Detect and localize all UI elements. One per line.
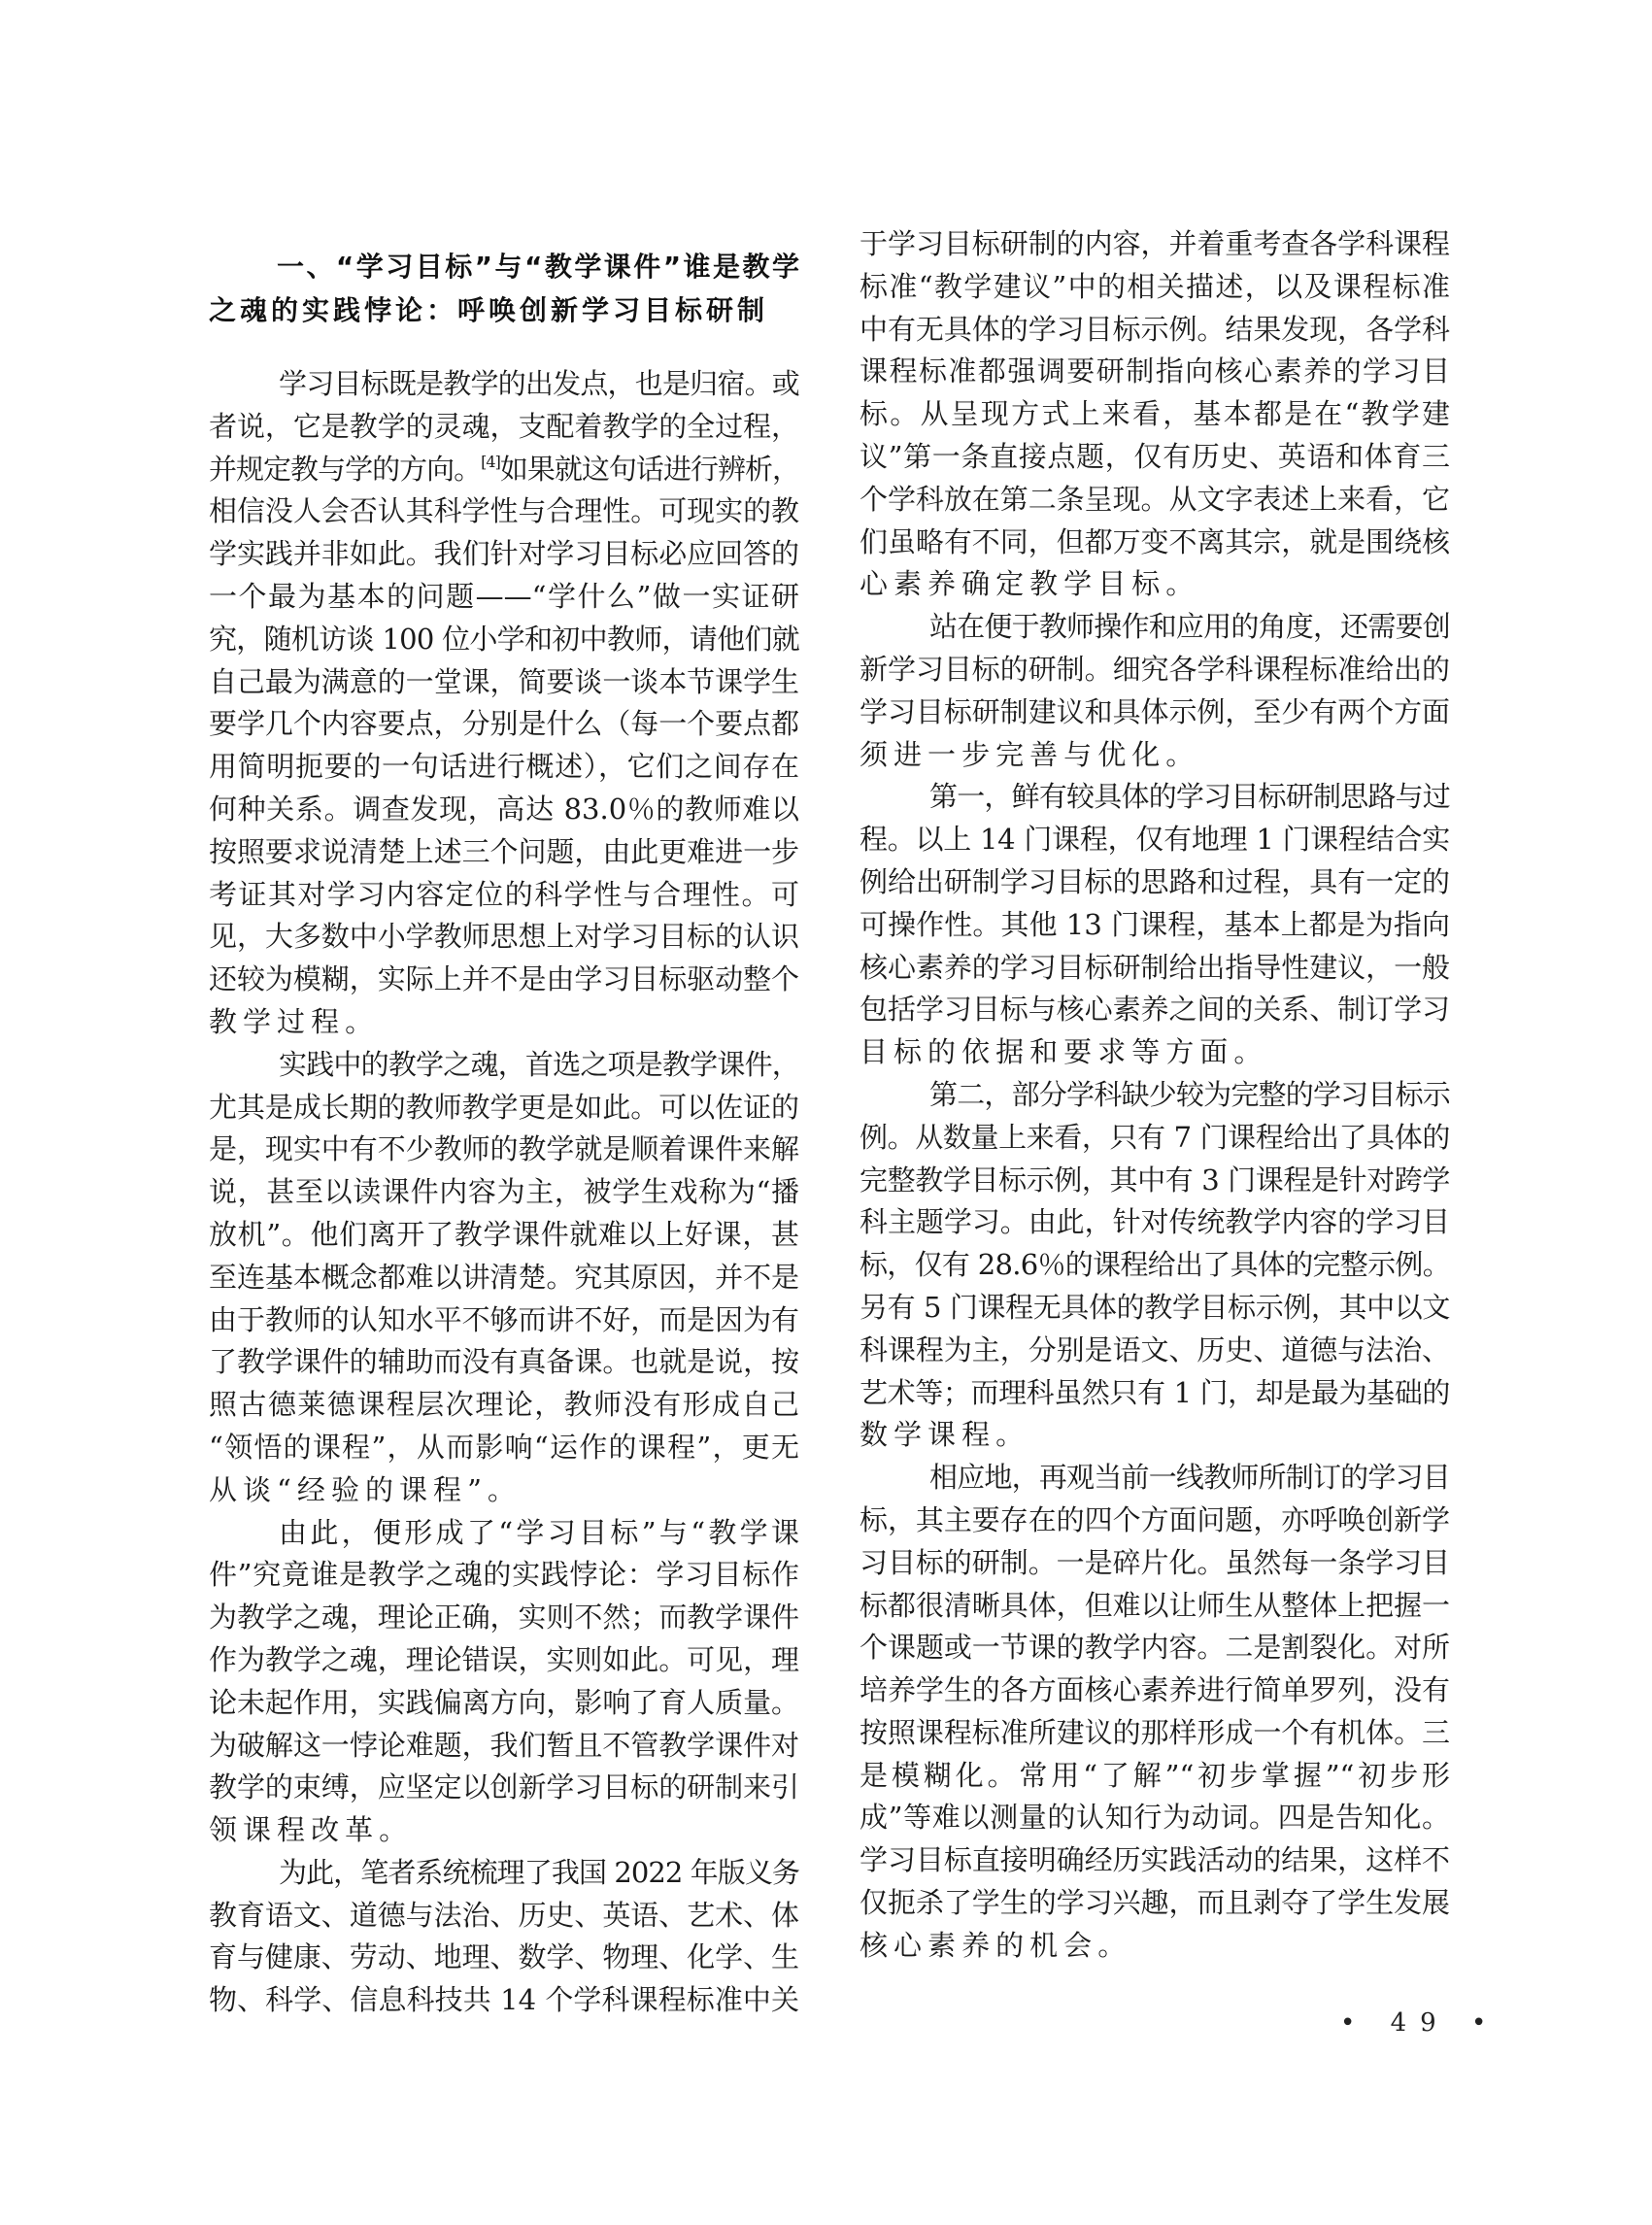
text-line-content: 第二，部分学科缺少较为完整的学习目标示 — [929, 1078, 1450, 1111]
text-line: 用简明扼要的一句话进行概述），它们之间存在 — [209, 746, 799, 789]
text-line-content: 个课题或一节课的教学内容。二是割裂化。对所 — [860, 1631, 1450, 1664]
text-line-content: 领课程改革。 — [209, 1813, 413, 1846]
text-line-content: 第一，鲜有较具体的学习目标研制思路与过 — [929, 780, 1450, 813]
text-line: 站在便于教师操作和应用的角度，还需要创 — [860, 606, 1450, 649]
text-line: 相应地，再观当前一线教师所制订的学习目 — [860, 1457, 1450, 1500]
text-line-content: 究，随机访谈 100 位小学和初中教师，请他们就 — [209, 623, 799, 656]
section-heading-line-2: 之魂的实践悖论：呼唤创新学习目标研制 — [209, 288, 799, 332]
text-line-content: 成”等难以测量的认知行为动词。四是告知化。 — [860, 1801, 1450, 1834]
text-line-content: 照古德莱德课程层次理论，教师没有形成自己 — [209, 1388, 799, 1421]
text-line-content: 考证其对学习内容定位的科学性与合理性。可 — [209, 878, 799, 911]
text-line-content: 教育语文、道德与法治、历史、英语、艺术、体 — [209, 1899, 799, 1932]
text-line: 须进一步完善与优化。 — [860, 734, 1450, 777]
text-line-content: 学习目标既是教学的出发点，也是归宿。或 — [279, 367, 799, 400]
text-line-content: 程。以上 14 门课程，仅有地理 1 门课程结合实 — [860, 823, 1450, 856]
text-line: 学习目标直接明确经历实践活动的结果，这样不 — [860, 1839, 1450, 1882]
text-line-content: 教学过程。 — [209, 1005, 379, 1038]
text-line-content: 另有 5 门课程无具体的教学目标示例，其中以文 — [860, 1291, 1450, 1324]
text-line-content: 为教学之魂，理论正确，实则不然；而教学课件 — [209, 1601, 799, 1634]
text-line: 要学几个内容要点，分别是什么（每一个要点都 — [209, 703, 799, 746]
text-line: 并规定教与学的方向。[4]如果就这句话进行辨析， — [209, 449, 799, 491]
text-line-content: 学习目标直接明确经历实践活动的结果，这样不 — [860, 1843, 1450, 1876]
text-line-content: 艺术等；而理科虽然只有 1 门，却是最为基础的 — [860, 1376, 1450, 1409]
text-line: 科课程为主，分别是语文、历史、道德与法治、 — [860, 1330, 1450, 1372]
text-line: 们虽略有不同，但都万变不离其宗，就是围绕核 — [860, 522, 1450, 564]
text-line-content: 由此，便形成了“学习目标”与“教学课 — [279, 1516, 799, 1549]
text-line-content: 科课程为主，分别是语文、历史、道德与法治、 — [860, 1333, 1450, 1366]
text-line: “领悟的课程”，从而影响“运作的课程”，更无 — [209, 1427, 799, 1469]
text-line: 学习目标既是教学的出发点，也是归宿。或 — [209, 363, 799, 406]
text-line: 何种关系。调查发现，高达 83.0％的教师难以 — [209, 789, 799, 831]
text-line-content: 完整教学目标示例，其中有 3 门课程是针对跨学 — [860, 1163, 1450, 1197]
section-heading-line-1: 一、“学习目标”与“教学课件”谁是教学 — [209, 245, 799, 288]
text-line-content: 还较为模糊，实际上并不是由学习目标驱动整个 — [209, 962, 799, 995]
text-line-content: 须进一步完善与优化。 — [860, 738, 1199, 771]
text-line-content: 用简明扼要的一句话进行概述），它们之间存在 — [209, 750, 799, 783]
text-line-content: 为破解这一悖论难题，我们暂且不管教学课件对 — [209, 1729, 799, 1762]
text-line: 自己最为满意的一堂课，简要谈一谈本节课学生 — [209, 661, 799, 704]
text-line-content: 例给出研制学习目标的思路和过程，具有一定的 — [860, 865, 1450, 898]
text-line: 领课程改革。 — [209, 1809, 799, 1852]
text-line-content: 相应地，再观当前一线教师所制订的学习目 — [929, 1461, 1450, 1494]
text-line-content: 新学习目标的研制。细究各学科课程标准给出的 — [860, 653, 1450, 686]
text-line: 艺术等；而理科虽然只有 1 门，却是最为基础的 — [860, 1372, 1450, 1415]
text-line: 个学科放在第二条呈现。从文字表述上来看，它 — [860, 479, 1450, 522]
text-line: 作为教学之魂，理论错误，实则如此。可见，理 — [209, 1639, 799, 1682]
text-line: 见，大多数中小学教师思想上对学习目标的认识 — [209, 916, 799, 959]
text-line-content: 论未起作用，实践偏离方向，影响了育人质量。 — [209, 1686, 799, 1719]
text-line-content: 要学几个内容要点，分别是什么（每一个要点都 — [209, 707, 799, 740]
text-line: 核心素养的机会。 — [860, 1925, 1450, 1968]
text-line: 由于教师的认知水平不够而讲不好，而是因为有 — [209, 1299, 799, 1342]
text-line: 实践中的教学之魂，首选之项是教学课件， — [209, 1044, 799, 1087]
text-line: 例。从数量上来看，只有 7 门课程给出了具体的 — [860, 1117, 1450, 1160]
section-heading: 一、“学习目标”与“教学课件”谁是教学 之魂的实践悖论：呼唤创新学习目标研制 — [209, 245, 799, 332]
text-line-content: 培养学生的各方面核心素养进行简单罗列，没有 — [860, 1673, 1450, 1706]
text-line: 完整教学目标示例，其中有 3 门课程是针对跨学 — [860, 1160, 1450, 1202]
text-line: 相信没人会否认其科学性与合理性。可现实的教 — [209, 490, 799, 533]
text-line: 至连基本概念都难以讲清楚。究其原因，并不是 — [209, 1257, 799, 1299]
text-line: 标，仅有 28.6％的课程给出了具体的完整示例。 — [860, 1244, 1450, 1287]
text-line-content: 放机”。他们离开了教学课件就难以上好课，甚 — [209, 1218, 799, 1251]
text-line-content: 数学课程。 — [860, 1418, 1029, 1451]
text-line-content: 何种关系。调查发现，高达 83.0％的教师难以 — [209, 792, 799, 826]
text-line-content: 核心素养的机会。 — [860, 1929, 1131, 1962]
text-line: 议”第一条直接点题，仅有历史、英语和体育三 — [860, 436, 1450, 479]
text-line-content: 由于教师的认知水平不够而讲不好，而是因为有 — [209, 1303, 799, 1336]
text-line: 课程标准都强调要研制指向核心素养的学习目 — [860, 351, 1450, 393]
text-line: 个课题或一节课的教学内容。二是割裂化。对所 — [860, 1627, 1450, 1669]
text-line-content: 是模糊化。常用“了解”“初步掌握”“初步形 — [860, 1759, 1450, 1792]
text-line-content: 相信没人会否认其科学性与合理性。可现实的教 — [209, 494, 799, 527]
text-line-content: 作为教学之魂，理论错误，实则如此。可见，理 — [209, 1643, 799, 1676]
text-line-content: 自己最为满意的一堂课，简要谈一谈本节课学生 — [209, 665, 799, 698]
text-line: 说，甚至以读课件内容为主，被学生戏称为“播 — [209, 1171, 799, 1214]
text-line-content: 并规定教与学的方向。 — [209, 453, 481, 486]
text-line: 可操作性。其他 13 门课程，基本上都是为指向 — [860, 904, 1450, 947]
text-line-content: 说，甚至以读课件内容为主，被学生戏称为“播 — [209, 1175, 799, 1208]
text-line-content: 个学科放在第二条呈现。从文字表述上来看，它 — [860, 483, 1450, 516]
text-line: 核心素养的学习目标研制给出指导性建议，一般 — [860, 947, 1450, 990]
text-line: 成”等难以测量的认知行为动词。四是告知化。 — [860, 1797, 1450, 1839]
text-line: 是，现实中有不少教师的教学就是顺着课件来解 — [209, 1129, 799, 1171]
text-line-content: 们虽略有不同，但都万变不离其宗，就是围绕核 — [860, 525, 1450, 558]
text-line: 考证其对学习内容定位的科学性与合理性。可 — [209, 874, 799, 917]
text-line: 程。以上 14 门课程，仅有地理 1 门课程结合实 — [860, 819, 1450, 861]
text-line: 教育语文、道德与法治、历史、英语、艺术、体 — [209, 1895, 799, 1938]
text-line: 育与健康、劳动、地理、数学、物理、化学、生 — [209, 1937, 799, 1979]
right-column: 于学习目标研制的内容，并着重考查各学科课程标准“教学建议”中的相关描述，以及课程… — [860, 223, 1450, 1968]
text-line: 于学习目标研制的内容，并着重考查各学科课程 — [860, 223, 1450, 266]
citation-reference: [4] — [481, 453, 500, 471]
text-line: 按照课程标准所建议的那样形成一个有机体。三 — [860, 1712, 1450, 1755]
text-line: 另有 5 门课程无具体的教学目标示例，其中以文 — [860, 1287, 1450, 1330]
left-column-body: 学习目标既是教学的出发点，也是归宿。或者说，它是教学的灵魂，支配着教学的全过程，… — [209, 363, 799, 2022]
text-line-content: 于学习目标研制的内容，并着重考查各学科课程 — [860, 227, 1450, 260]
text-line-content: 议”第一条直接点题，仅有历史、英语和体育三 — [860, 440, 1450, 473]
text-line-content: 标，其主要存在的四个方面问题，亦呼唤创新学 — [860, 1503, 1450, 1536]
text-line-continuation: 如果就这句话进行辨析， — [500, 453, 799, 486]
text-line: 培养学生的各方面核心素养进行简单罗列，没有 — [860, 1669, 1450, 1712]
text-line: 学实践并非如此。我们针对学习目标必应回答的 — [209, 533, 799, 576]
text-line-content: 标。从呈现方式上来看，基本都是在“教学建 — [860, 397, 1450, 430]
text-line: 新学习目标的研制。细究各学科课程标准给出的 — [860, 649, 1450, 691]
text-line: 物、科学、信息科技共 14 个学科课程标准中关 — [209, 1979, 799, 2022]
text-line: 者说，它是教学的灵魂，支配着教学的全过程， — [209, 406, 799, 449]
text-line: 尤其是成长期的教师教学更是如此。可以佐证的 — [209, 1087, 799, 1129]
text-line-content: 了教学课件的辅助而没有真备课。也就是说，按 — [209, 1345, 799, 1378]
text-line-content: 教学的束缚，应坚定以创新学习目标的研制来引 — [209, 1770, 799, 1804]
text-line-content: 习目标的研制。一是碎片化。虽然每一条学习目 — [860, 1546, 1450, 1579]
text-line-content: 实践中的教学之魂，首选之项是教学课件， — [279, 1048, 799, 1081]
text-line-content: 例。从数量上来看，只有 7 门课程给出了具体的 — [860, 1121, 1450, 1154]
text-line-content: 者说，它是教学的灵魂，支配着教学的全过程， — [209, 410, 799, 443]
text-line: 由此，便形成了“学习目标”与“教学课 — [209, 1512, 799, 1555]
text-line: 中有无具体的学习目标示例。结果发现，各学科 — [860, 309, 1450, 352]
text-line-content: 为此，笔者系统梳理了我国 2022 年版义务 — [279, 1856, 799, 1889]
text-line: 究，随机访谈 100 位小学和初中教师，请他们就 — [209, 619, 799, 661]
text-line: 心素养确定教学目标。 — [860, 563, 1450, 606]
text-line: 放机”。他们离开了教学课件就难以上好课，甚 — [209, 1214, 799, 1257]
text-line: 仅扼杀了学生的学习兴趣，而且剥夺了学生发展 — [860, 1882, 1450, 1925]
text-line-content: 是，现实中有不少教师的教学就是顺着课件来解 — [209, 1132, 799, 1165]
text-line: 教学的束缚，应坚定以创新学习目标的研制来引 — [209, 1767, 799, 1809]
text-line-content: 按照课程标准所建议的那样形成一个有机体。三 — [860, 1716, 1450, 1749]
text-line: 标准“教学建议”中的相关描述，以及课程标准 — [860, 266, 1450, 309]
text-line: 了教学课件的辅助而没有真备课。也就是说，按 — [209, 1341, 799, 1384]
text-line: 按照要求说清楚上述三个问题，由此更难进一步 — [209, 831, 799, 874]
text-line: 标。从呈现方式上来看，基本都是在“教学建 — [860, 393, 1450, 436]
text-line-content: 一个最为基本的问题——“学什么”做一实证研 — [209, 580, 799, 613]
text-line: 为破解这一悖论难题，我们暂且不管教学课件对 — [209, 1725, 799, 1768]
text-line-content: 仅扼杀了学生的学习兴趣，而且剥夺了学生发展 — [860, 1886, 1450, 1919]
text-line-content: 标，仅有 28.6％的课程给出了具体的完整示例。 — [860, 1248, 1450, 1281]
text-line: 第二，部分学科缺少较为完整的学习目标示 — [860, 1074, 1450, 1117]
text-line-content: “领悟的课程”，从而影响“运作的课程”，更无 — [209, 1431, 799, 1464]
text-line: 例给出研制学习目标的思路和过程，具有一定的 — [860, 861, 1450, 904]
text-line: 目标的依据和要求等方面。 — [860, 1031, 1450, 1074]
text-line-content: 包括学习目标与核心素养之间的关系、制订学习 — [860, 993, 1450, 1026]
text-line: 为此，笔者系统梳理了我国 2022 年版义务 — [209, 1852, 799, 1895]
text-line-content: 科主题学习。由此，针对传统教学内容的学习目 — [860, 1205, 1450, 1238]
text-line-content: 按照要求说清楚上述三个问题，由此更难进一步 — [209, 835, 799, 868]
text-line: 学习目标研制建议和具体示例，至少有两个方面 — [860, 691, 1450, 734]
text-line-content: 心素养确定教学目标。 — [860, 567, 1199, 600]
text-line-content: 课程标准都强调要研制指向核心素养的学习目 — [860, 354, 1450, 388]
text-line-content: 育与健康、劳动、地理、数学、物理、化学、生 — [209, 1940, 799, 1973]
text-line: 习目标的研制。一是碎片化。虽然每一条学习目 — [860, 1542, 1450, 1585]
text-line-content: 目标的依据和要求等方面。 — [860, 1035, 1267, 1068]
text-line-content: 学习目标研制建议和具体示例，至少有两个方面 — [860, 695, 1450, 728]
text-line: 为教学之魂，理论正确，实则不然；而教学课件 — [209, 1597, 799, 1639]
text-line: 照古德莱德课程层次理论，教师没有形成自己 — [209, 1384, 799, 1427]
text-line: 科主题学习。由此，针对传统教学内容的学习目 — [860, 1201, 1450, 1244]
text-line: 包括学习目标与核心素养之间的关系、制订学习 — [860, 989, 1450, 1031]
text-line: 是模糊化。常用“了解”“初步掌握”“初步形 — [860, 1755, 1450, 1798]
text-line: 教学过程。 — [209, 1001, 799, 1044]
text-line: 数学课程。 — [860, 1414, 1450, 1457]
text-line-content: 标准“教学建议”中的相关描述，以及课程标准 — [860, 270, 1450, 303]
text-line-content: 可操作性。其他 13 门课程，基本上都是为指向 — [860, 908, 1450, 941]
text-line-content: 尤其是成长期的教师教学更是如此。可以佐证的 — [209, 1091, 799, 1124]
left-column: 一、“学习目标”与“教学课件”谁是教学 之魂的实践悖论：呼唤创新学习目标研制 学… — [209, 245, 799, 2022]
text-line: 第一，鲜有较具体的学习目标研制思路与过 — [860, 776, 1450, 819]
text-line: 论未起作用，实践偏离方向，影响了育人质量。 — [209, 1682, 799, 1725]
text-line: 件”究竟谁是教学之魂的实践悖论：学习目标作 — [209, 1554, 799, 1597]
text-line-content: 学实践并非如此。我们针对学习目标必应回答的 — [209, 537, 799, 570]
text-line-content: 从谈“经验的课程”。 — [209, 1473, 522, 1506]
text-line: 还较为模糊，实际上并不是由学习目标驱动整个 — [209, 959, 799, 1001]
text-line-content: 核心素养的学习目标研制给出指导性建议，一般 — [860, 951, 1450, 984]
heading-spacer — [209, 332, 799, 363]
text-line-content: 至连基本概念都难以讲清楚。究其原因，并不是 — [209, 1261, 799, 1294]
text-line-content: 物、科学、信息科技共 14 个学科课程标准中关 — [209, 1983, 799, 2016]
text-line-content: 标都很清晰具体，但难以让师生从整体上把握一 — [860, 1589, 1450, 1622]
text-line: 标都很清晰具体，但难以让师生从整体上把握一 — [860, 1585, 1450, 1628]
text-line-content: 中有无具体的学习目标示例。结果发现，各学科 — [860, 313, 1450, 346]
page-number: • 49 • — [1340, 2008, 1500, 2038]
text-line-content: 站在便于教师操作和应用的角度，还需要创 — [929, 610, 1450, 643]
text-line-content: 件”究竟谁是教学之魂的实践悖论：学习目标作 — [209, 1558, 799, 1591]
text-line: 从谈“经验的课程”。 — [209, 1469, 799, 1512]
right-column-body: 于学习目标研制的内容，并着重考查各学科课程标准“教学建议”中的相关描述，以及课程… — [860, 223, 1450, 1968]
text-line-content: 见，大多数中小学教师思想上对学习目标的认识 — [209, 920, 799, 953]
text-line: 标，其主要存在的四个方面问题，亦呼唤创新学 — [860, 1500, 1450, 1542]
text-line: 一个最为基本的问题——“学什么”做一实证研 — [209, 576, 799, 619]
